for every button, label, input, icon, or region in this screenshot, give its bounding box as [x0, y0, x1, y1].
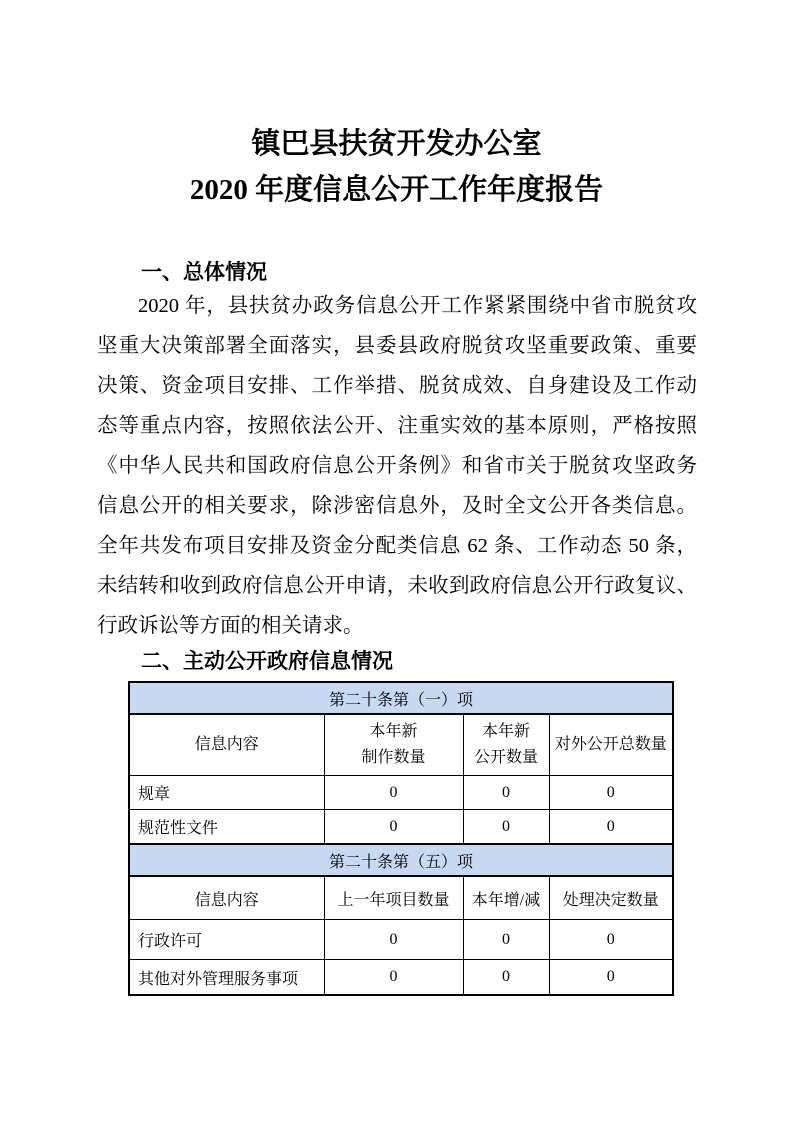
band-label: 第二十条第（五）项 [129, 844, 673, 876]
document-title-line1: 镇巴县扶贫开发办公室 [0, 121, 793, 167]
cell-value: 0 [463, 960, 549, 996]
table-header-row: 信息内容 本年新 制作数量 本年新 公开数量 对外公开总数量 [129, 714, 673, 776]
disclosure-info-table: 第二十条第（一）项 信息内容 本年新 制作数量 本年新 公开数量 对外公开总数量… [128, 681, 674, 996]
table-row: 其他对外管理服务事项 0 0 0 [129, 960, 673, 996]
paragraph-line: 行政诉讼等方面的相关请求。 [97, 606, 697, 646]
row-label: 行政许可 [129, 920, 324, 960]
cell-value: 0 [549, 920, 673, 960]
paragraph-line: 坚重大决策部署全面落实，县委县政府脱贫攻坚重要政策、重要 [97, 326, 697, 366]
cell-value: 0 [324, 776, 463, 810]
paragraph-line: 全年共发布项目安排及资金分配类信息 62 条、工作动态 50 条， [97, 526, 697, 566]
paragraph-line: 未结转和收到政府信息公开申请，未收到政府信息公开行政复议、 [97, 566, 697, 606]
table-row: 行政许可 0 0 0 [129, 920, 673, 960]
section2-heading: 二、主动公开政府信息情况 [141, 649, 393, 675]
cell-value: 0 [324, 960, 463, 996]
row-label: 规章 [129, 776, 324, 810]
cell-value: 0 [549, 810, 673, 845]
document-title-line2: 2020 年度信息公开工作年度报告 [0, 167, 793, 213]
column-header: 信息内容 [129, 876, 324, 920]
table-header-row: 信息内容 上一年项目数量 本年增/减 处理决定数量 [129, 876, 673, 920]
table-row: 规章 0 0 0 [129, 776, 673, 810]
section1-paragraph: 2020 年，县扶贫办政务信息公开工作紧紧围绕中省市脱贫攻 坚重大决策部署全面落… [97, 286, 697, 646]
cell-value: 0 [463, 810, 549, 845]
column-header: 对外公开总数量 [549, 714, 673, 776]
table-band-article20-item5: 第二十条第（五）项 [129, 844, 673, 876]
column-header: 本年增/减 [463, 876, 549, 920]
cell-value: 0 [549, 960, 673, 996]
row-label: 规范性文件 [129, 810, 324, 845]
column-header: 处理决定数量 [549, 876, 673, 920]
column-header: 本年新 公开数量 [463, 714, 549, 776]
document-title: 镇巴县扶贫开发办公室 2020 年度信息公开工作年度报告 [0, 121, 793, 213]
cell-value: 0 [324, 810, 463, 845]
cell-value: 0 [324, 920, 463, 960]
table-band-article20-item1: 第二十条第（一）项 [129, 682, 673, 714]
column-header: 本年新 制作数量 [324, 714, 463, 776]
column-header: 上一年项目数量 [324, 876, 463, 920]
paragraph-line: 信息公开的相关要求，除涉密信息外，及时全文公开各类信息。 [97, 486, 697, 526]
paragraph-line: 决策、资金项目安排、工作举措、脱贫成效、自身建设及工作动 [97, 366, 697, 406]
cell-value: 0 [463, 776, 549, 810]
paragraph-line: 2020 年，县扶贫办政务信息公开工作紧紧围绕中省市脱贫攻 [97, 286, 697, 326]
paragraph-line: 态等重点内容，按照依法公开、注重实效的基本原则，严格按照 [97, 406, 697, 446]
band-label: 第二十条第（一）项 [129, 682, 673, 714]
row-label: 其他对外管理服务事项 [129, 960, 324, 996]
table-row: 规范性文件 0 0 0 [129, 810, 673, 845]
cell-value: 0 [549, 776, 673, 810]
document-page: 镇巴县扶贫开发办公室 2020 年度信息公开工作年度报告 一、总体情况 2020… [0, 0, 793, 1122]
column-header: 信息内容 [129, 714, 324, 776]
paragraph-line: 《中华人民共和国政府信息公开条例》和省市关于脱贫攻坚政务 [97, 446, 697, 486]
cell-value: 0 [463, 920, 549, 960]
section1-heading: 一、总体情况 [141, 260, 267, 286]
